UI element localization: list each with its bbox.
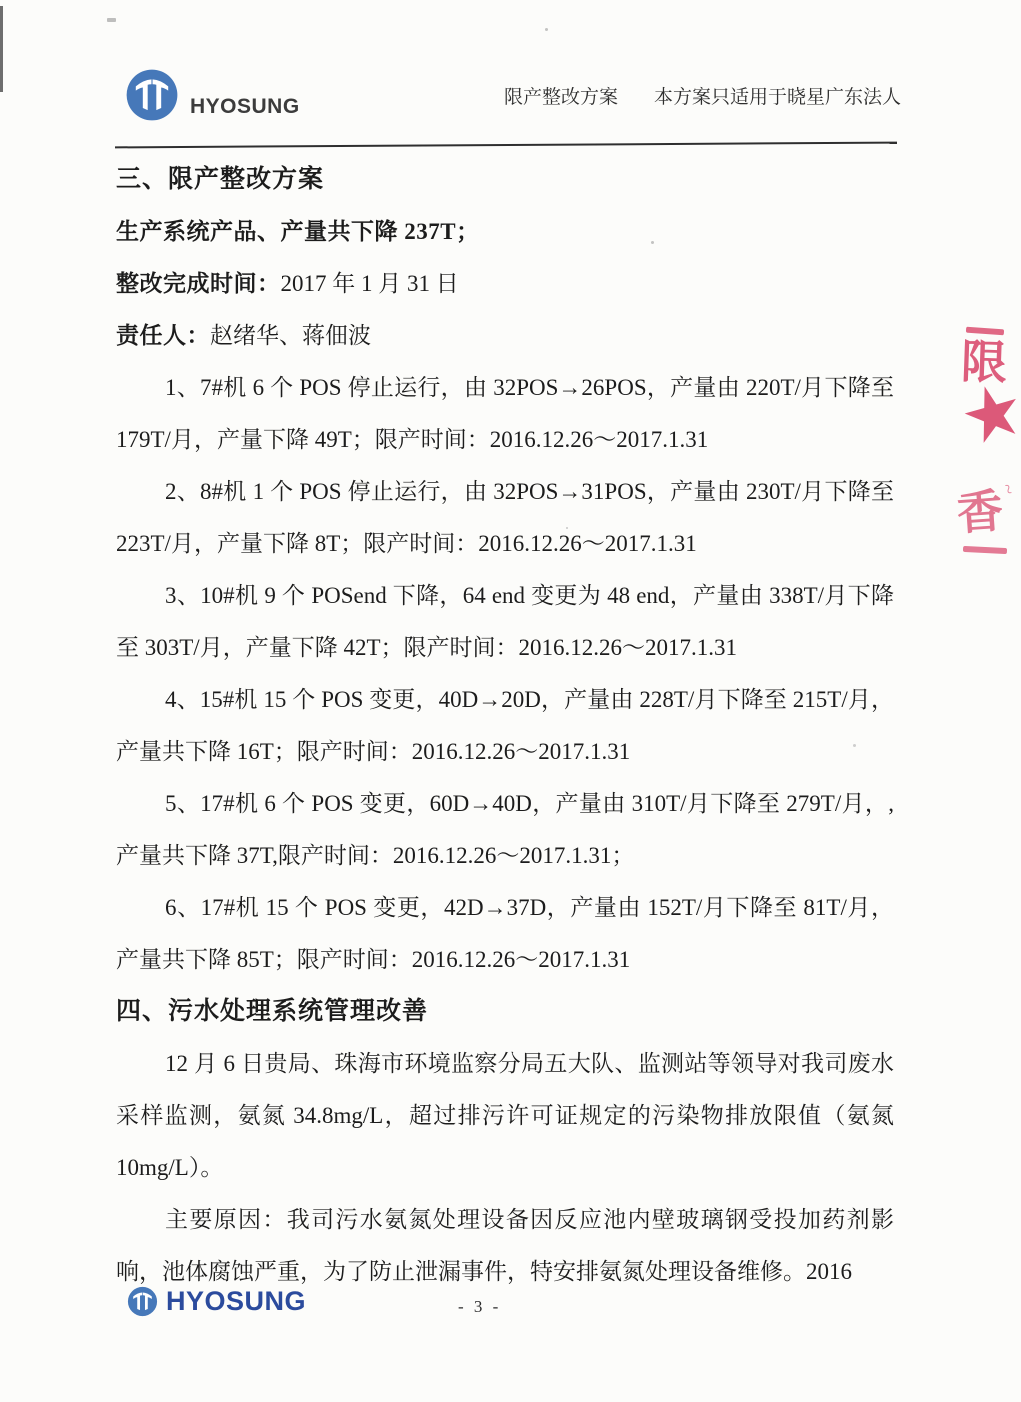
red-stamp: 限 ★ ~ 香 bbox=[949, 318, 1021, 563]
stamp-char-bottom: 香 bbox=[955, 488, 1004, 537]
doc-type-label: 限产整改方案 bbox=[504, 82, 618, 109]
scan-speck bbox=[545, 28, 548, 31]
deadline-value: 2017 年 1 月 31 日 bbox=[281, 271, 459, 296]
hyosung-logo-icon bbox=[125, 68, 179, 122]
stamp-char-top: 限 bbox=[960, 339, 1008, 387]
page-number: - 3 - bbox=[458, 1297, 501, 1317]
production-summary: 生产系统产品、产量共下降 237T； bbox=[116, 206, 894, 258]
sewage-paragraph-1: 12 月 6 日贵局、珠海市环境监察分局五大队、监测站等领导对我司废水采样监测，… bbox=[116, 1038, 894, 1194]
section-3-title: 三、限产整改方案 bbox=[116, 154, 894, 206]
document-footer: HYOSUNG bbox=[127, 1286, 306, 1317]
doc-scope-label: 本方案只适用于晓星广东法人 bbox=[654, 82, 901, 109]
star-icon: ★ bbox=[953, 371, 1021, 460]
measure-item-4: 4、15#机 15 个 POS 变更，40D→20D，产量由 228T/月下降至… bbox=[116, 674, 894, 778]
stamp-border-bottom bbox=[963, 546, 1007, 554]
brand-logo: HYOSUNG bbox=[125, 68, 300, 122]
measure-item-3: 3、10#机 9 个 POSend 下降，64 end 变更为 48 end，产… bbox=[116, 570, 894, 674]
brand-name: HYOSUNG bbox=[190, 95, 300, 122]
header-divider bbox=[115, 142, 897, 149]
measure-item-6: 6、17#机 15 个 POS 变更，42D→37D，产量由 152T/月下降至… bbox=[116, 882, 894, 986]
scan-edge-artifact bbox=[0, 6, 3, 92]
hyosung-logo-icon bbox=[127, 1286, 158, 1317]
owner-label: 责任人： bbox=[116, 323, 210, 348]
measure-item-5: 5、17#机 6 个 POS 变更，60D→40D，产量由 310T/月下降至 … bbox=[116, 778, 894, 882]
document-page: HYOSUNG 限产整改方案 本方案只适用于晓星广东法人 三、限产整改方案 生产… bbox=[0, 0, 1021, 1402]
deadline-line: 整改完成时间：2017 年 1 月 31 日 bbox=[116, 258, 894, 310]
stamp-squiggle-mark: ~ bbox=[995, 480, 1020, 498]
deadline-label: 整改完成时间： bbox=[116, 271, 281, 296]
measure-item-1: 1、7#机 6 个 POS 停止运行，由 32POS→26POS，产量由 220… bbox=[116, 362, 894, 466]
owner-line: 责任人：赵绪华、蒋佃波 bbox=[116, 310, 894, 362]
section-4-title: 四、污水处理系统管理改善 bbox=[116, 986, 894, 1038]
owner-value: 赵绪华、蒋佃波 bbox=[210, 323, 371, 348]
stamp-border-top bbox=[966, 327, 1004, 336]
scan-speck bbox=[107, 18, 116, 22]
footer-brand-name: HYOSUNG bbox=[166, 1286, 306, 1317]
header-meta: 限产整改方案 本方案只适用于晓星广东法人 bbox=[504, 82, 901, 122]
document-header: HYOSUNG 限产整改方案 本方案只适用于晓星广东法人 bbox=[125, 68, 901, 122]
document-body: 三、限产整改方案 生产系统产品、产量共下降 237T； 整改完成时间：2017 … bbox=[116, 154, 894, 1298]
footer-brand-logo: HYOSUNG bbox=[127, 1286, 306, 1317]
sewage-paragraph-2: 主要原因：我司污水氨氮处理设备因反应池内壁玻璃钢受投加药剂影响，池体腐蚀严重，为… bbox=[116, 1194, 894, 1298]
measure-item-2: 2、8#机 1 个 POS 停止运行，由 32POS→31POS，产量由 230… bbox=[116, 466, 894, 570]
